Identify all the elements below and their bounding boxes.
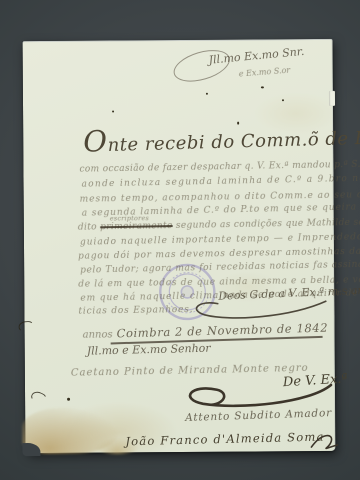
dateline-prefix: annos bbox=[83, 329, 113, 340]
struck-line-before: dito bbox=[78, 222, 100, 232]
ink-speck bbox=[282, 99, 284, 101]
ink-speck bbox=[67, 398, 70, 401]
body-line: pelo Tudor; agora mas foi recebidas noti… bbox=[80, 259, 360, 275]
opening-line: Onte recebi do Comm.õ de Barbon bbox=[83, 115, 360, 159]
paper-edge-notch bbox=[329, 91, 335, 106]
body-line: aonde incluza segunda laminha de C.º a 9… bbox=[81, 174, 360, 190]
manuscript-page: Jll.mo Ex.mo Snr. e Ex.mo S.or Onte rece… bbox=[23, 39, 336, 453]
struck-word: primeiramente bbox=[100, 221, 173, 232]
salutation-line: Jll.mo e Ex.mo Senhor bbox=[87, 342, 211, 358]
signature: João Franco d'Almeida Soma bbox=[125, 430, 325, 449]
ink-speck bbox=[261, 86, 264, 88]
ink-speck bbox=[206, 93, 208, 95]
body-line: guiado naquelle importante tempo — e Imp… bbox=[80, 232, 360, 248]
body-line: com occasião de fazer despachar q. V. Ex… bbox=[79, 159, 360, 175]
photo-background: Jll.mo Ex.mo Snr. e Ex.mo S.or Onte rece… bbox=[0, 0, 360, 480]
header-salutation-sub: e Ex.mo S.or bbox=[238, 66, 290, 79]
struck-line-after: segundo as condições que Mathilde se bbox=[173, 218, 360, 231]
header-salutation: Jll.mo Ex.mo Snr. bbox=[208, 45, 305, 67]
edge-ink-mark bbox=[29, 389, 47, 405]
header-flourish bbox=[170, 44, 234, 87]
ink-speck bbox=[112, 110, 114, 112]
edge-ink-mark bbox=[19, 321, 34, 332]
signature-paraph bbox=[307, 431, 343, 453]
